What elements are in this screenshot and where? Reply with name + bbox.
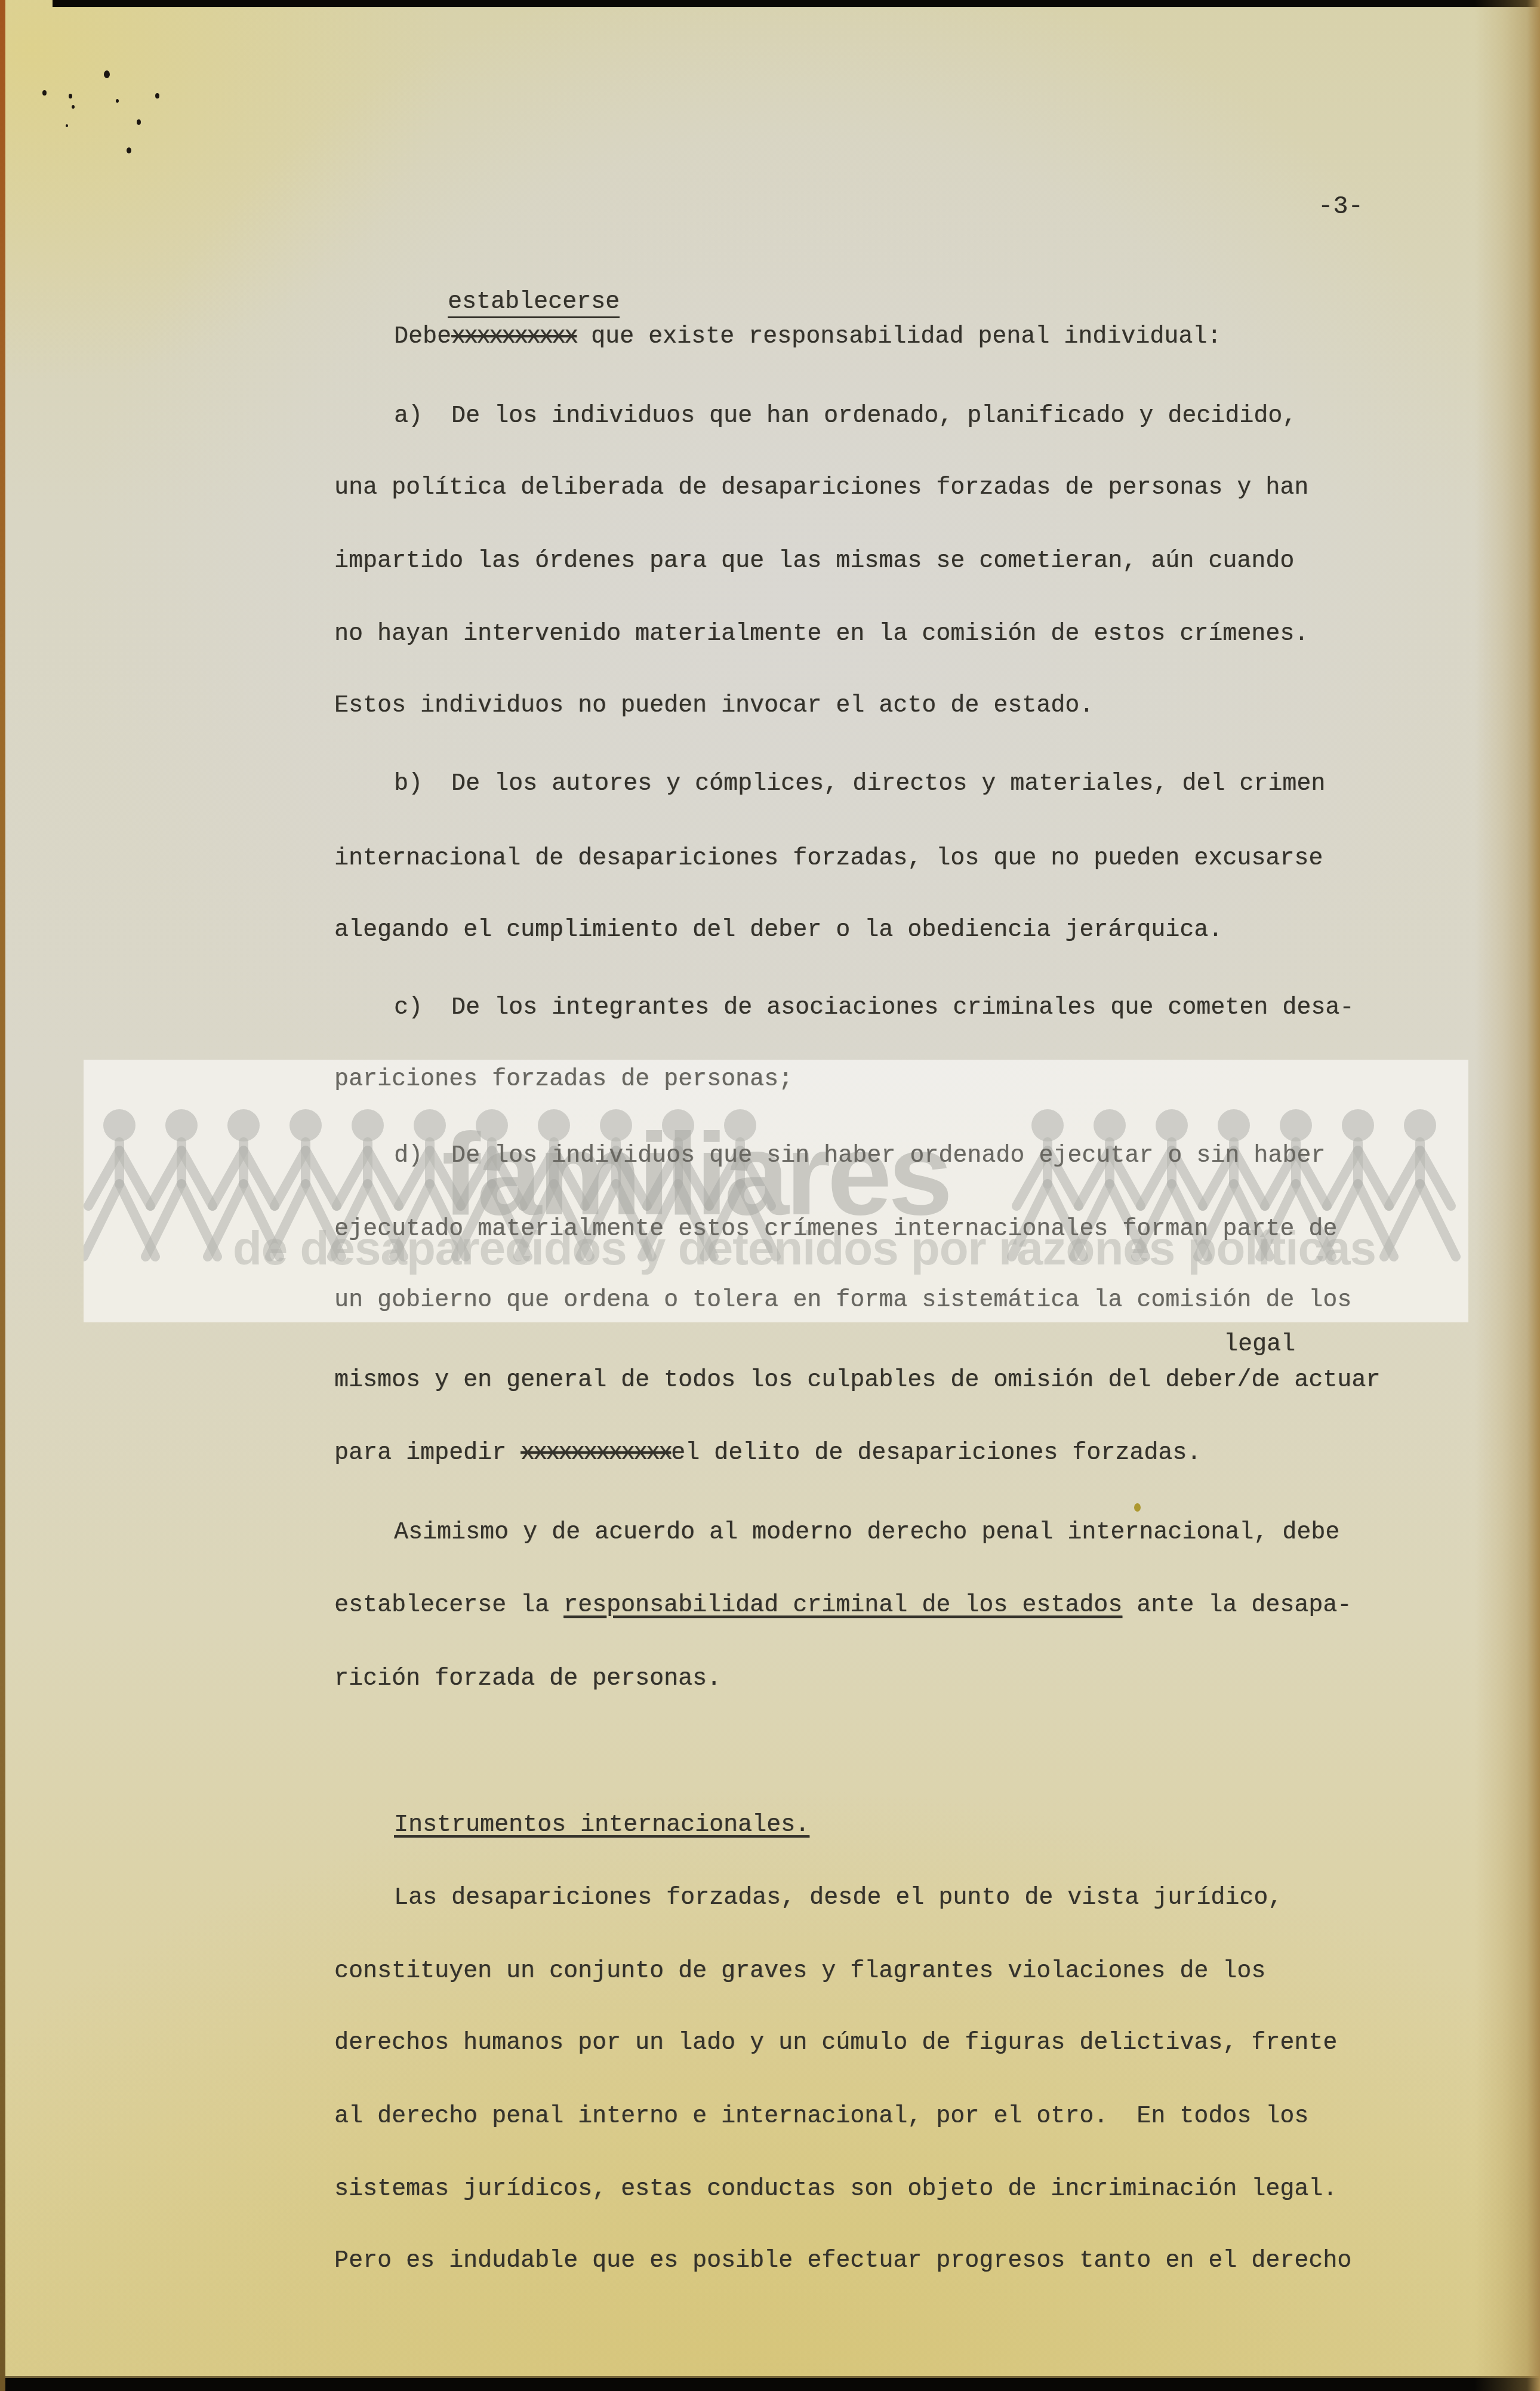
typed-line: establecerse la responsabilidad criminal…: [334, 1592, 1351, 1619]
typed-line: para impedir xxxxxxxxxxxxel delito de de…: [334, 1440, 1201, 1467]
typed-text: a) De los individuos que han ordenado, p…: [394, 403, 1296, 430]
typed-text: Debe: [394, 324, 451, 350]
underlined-text: Instrumentos internacionales.: [394, 1812, 809, 1839]
underlined-text: responsabilidad criminal de los estados: [563, 1592, 1122, 1619]
typed-text: c) De los integrantes de asociaciones cr…: [394, 995, 1354, 1021]
typed-text: Asimismo y de acuerdo al moderno derecho…: [394, 1519, 1339, 1546]
typed-line: rición forzada de personas.: [334, 1666, 721, 1693]
typed-line: alegando el cumplimiento del deber o la …: [334, 917, 1222, 944]
interline-insertion: legal: [1224, 1331, 1295, 1358]
typed-line: Instrumentos internacionales.: [394, 1812, 809, 1839]
typed-text: una política deliberada de desaparicione…: [334, 475, 1308, 501]
typed-line: d) De los individuos que sin haber orden…: [394, 1143, 1325, 1170]
typed-text: constituyen un conjunto de graves y flag…: [334, 1958, 1265, 1985]
typed-text-body: Debexxxxxxxxxx que existe responsabilida…: [0, 0, 1540, 2391]
typed-text: para impedir: [334, 1440, 520, 1467]
typed-line: derechos humanos por un lado y un cúmulo…: [334, 2030, 1337, 2057]
scanned-document-page: familiares de desaparecidos y detenidos …: [0, 0, 1540, 2391]
typed-text: al derecho penal interno e internacional…: [334, 2103, 1308, 2130]
typed-line: internacional de desapariciones forzadas…: [334, 845, 1323, 872]
typed-line: b) De los autores y cómplices, directos …: [394, 771, 1325, 798]
struck-out-text: xxxxxxxxxx: [451, 324, 577, 350]
typed-line: Debexxxxxxxxxx que existe responsabilida…: [394, 324, 1221, 350]
typed-text: ante la desapa-: [1122, 1592, 1351, 1619]
typed-line: impartido las órdenes para que las misma…: [334, 548, 1294, 575]
typed-line: al derecho penal interno e internacional…: [334, 2103, 1308, 2130]
typed-text: impartido las órdenes para que las misma…: [334, 548, 1294, 575]
typed-line: pariciones forzadas de personas;: [334, 1066, 793, 1093]
typed-line: ejecutado materialmente estos crímenes i…: [334, 1216, 1337, 1243]
struck-out-text: xxxxxxxxxxxx: [520, 1440, 671, 1467]
typed-text: que existe responsabilidad penal individ…: [577, 324, 1221, 350]
typed-text: sistemas jurídicos, estas conductas son …: [334, 2176, 1337, 2203]
typed-text: ejecutado materialmente estos crímenes i…: [334, 1216, 1337, 1243]
typed-text: establecerse la: [334, 1592, 563, 1619]
typed-text: un gobierno que ordena o tolera en forma…: [334, 1287, 1351, 1314]
typed-text: internacional de desapariciones forzadas…: [334, 845, 1323, 872]
interline-insertion: establecerse: [448, 289, 620, 318]
typed-text: d) De los individuos que sin haber orden…: [394, 1143, 1325, 1170]
typed-line: un gobierno que ordena o tolera en forma…: [334, 1287, 1351, 1314]
typed-text: alegando el cumplimiento del deber o la …: [334, 917, 1222, 944]
typed-text: b) De los autores y cómplices, directos …: [394, 771, 1325, 798]
typed-line: constituyen un conjunto de graves y flag…: [334, 1958, 1265, 1985]
typed-text: rición forzada de personas.: [334, 1666, 721, 1693]
typed-text: Pero es indudable que es posible efectua…: [334, 2248, 1351, 2275]
typed-text: el delito de desapariciones forzadas.: [671, 1440, 1201, 1467]
typed-text: no hayan intervenido materialmente en la…: [334, 621, 1308, 648]
typed-line: una política deliberada de desaparicione…: [334, 475, 1308, 501]
typed-line: c) De los integrantes de asociaciones cr…: [394, 995, 1354, 1021]
typed-line: sistemas jurídicos, estas conductas son …: [334, 2176, 1337, 2203]
typed-line: Pero es indudable que es posible efectua…: [334, 2248, 1351, 2275]
typed-line: Las desapariciones forzadas, desde el pu…: [394, 1885, 1282, 1912]
typed-text: derechos humanos por un lado y un cúmulo…: [334, 2030, 1337, 2057]
typed-text: Las desapariciones forzadas, desde el pu…: [394, 1885, 1282, 1912]
typed-line: mismos y en general de todos los culpabl…: [334, 1367, 1380, 1394]
typed-text: pariciones forzadas de personas;: [334, 1066, 793, 1093]
typed-text: mismos y en general de todos los culpabl…: [334, 1367, 1380, 1394]
typed-line: a) De los individuos que han ordenado, p…: [394, 403, 1296, 430]
typed-line: Estos individuos no pueden invocar el ac…: [334, 693, 1094, 719]
typed-line: Asimismo y de acuerdo al moderno derecho…: [394, 1519, 1339, 1546]
typed-text: Estos individuos no pueden invocar el ac…: [334, 693, 1094, 719]
typed-line: no hayan intervenido materialmente en la…: [334, 621, 1308, 648]
